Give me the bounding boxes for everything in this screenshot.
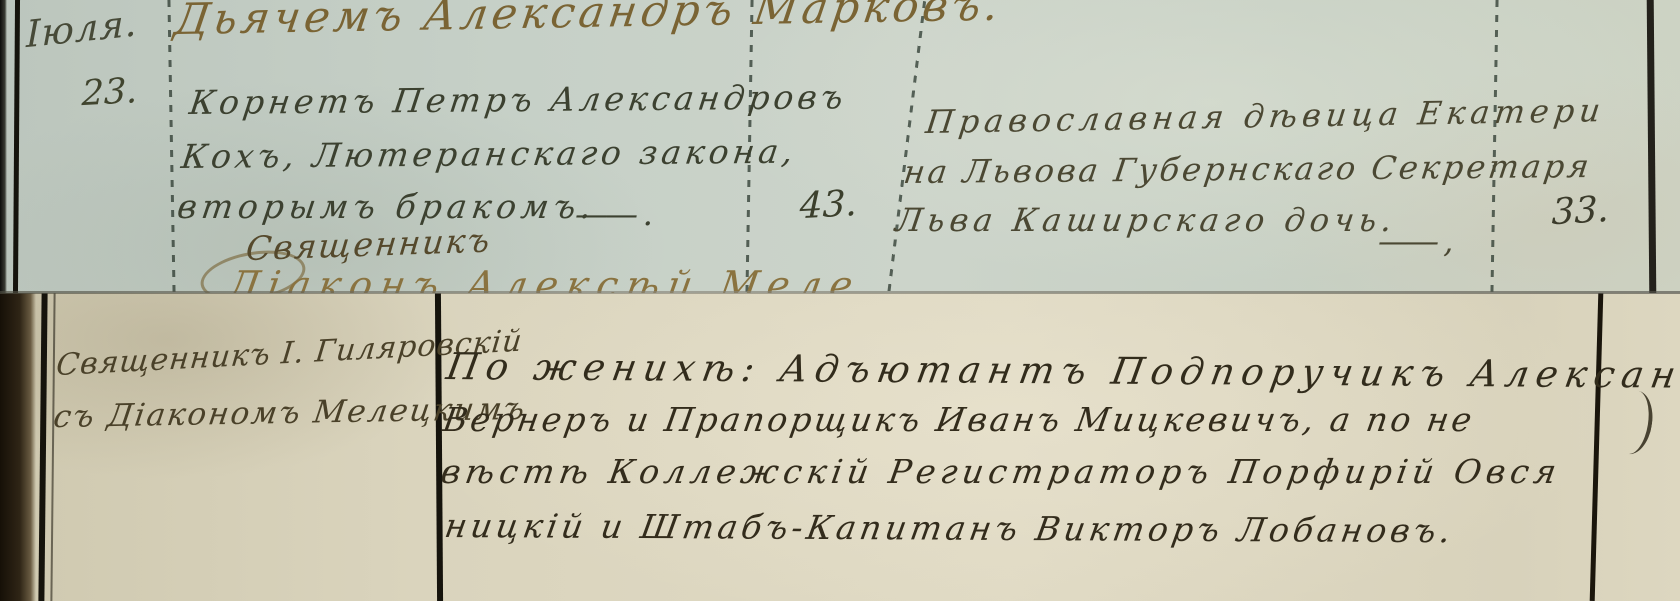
groom-entry-dash: —— . (575, 194, 650, 233)
column-rule-bride-age (1490, 0, 1498, 293)
deacon-line-partial: Діаконъ Алексѣй Меле (226, 266, 864, 293)
strip-seam (0, 291, 1680, 294)
bride-age: 33. (1551, 191, 1609, 232)
clergy-rule-inner (50, 293, 55, 601)
register-fragment-bottom: Священникъ І. Гиляровскій съ Діакономъ М… (0, 293, 1680, 601)
column-rule-bride (883, 1, 926, 293)
witnesses-line-3: вѣстѣ Коллежскій Регистраторъ Порфирій О… (439, 455, 1564, 490)
metric-book-scan: Іюля. 23. Дьячемъ Александръ Марковъ. Ко… (0, 0, 1680, 601)
witnesses-line-4: ницкій и Штабъ-Капитанъ Викторъ Лобановъ… (442, 509, 1457, 549)
priest-label: Священникъ (244, 223, 493, 266)
column-rule-heavy-left (13, 0, 20, 293)
groom-line-2: Кохъ, Лютеранскаго закона, (179, 135, 799, 175)
scan-edge-left-dark (0, 293, 36, 601)
margin-paren-flourish (1617, 389, 1657, 457)
bride-line-1: Православная дѣвица Екатери (924, 94, 1607, 140)
entry-day: 23. (81, 73, 137, 113)
clergy-rule-outer (38, 293, 47, 601)
register-fragment-top: Іюля. 23. Дьячемъ Александръ Марковъ. Ко… (0, 0, 1680, 293)
bride-line-3: Льва Каширскаго дочь. (893, 204, 1399, 238)
groom-line-3: вторымъ бракомъ. (175, 190, 598, 225)
witnesses-line-1: По женихѣ: Адъютантъ Подпоручикъ Алексан… (444, 348, 1680, 396)
entry-month: Іюля. (26, 4, 137, 55)
scan-edge-left (0, 0, 7, 293)
column-rule-heavy-right (1647, 0, 1657, 293)
groom-line-1: Корнетъ Петръ Александровъ (187, 80, 849, 120)
bride-entry-dash: —— , (1378, 222, 1450, 260)
groom-age: 43. (799, 185, 857, 226)
right-column-rule (1590, 293, 1604, 601)
clerk-line: Дьячемъ Александръ Марковъ. (172, 0, 1006, 43)
witnesses-line-2: Вернеръ и Прапорщикъ Иванъ Мицкевичъ, а … (441, 403, 1478, 438)
bride-line-2: на Львова Губернскаго Секретаря (902, 150, 1594, 190)
